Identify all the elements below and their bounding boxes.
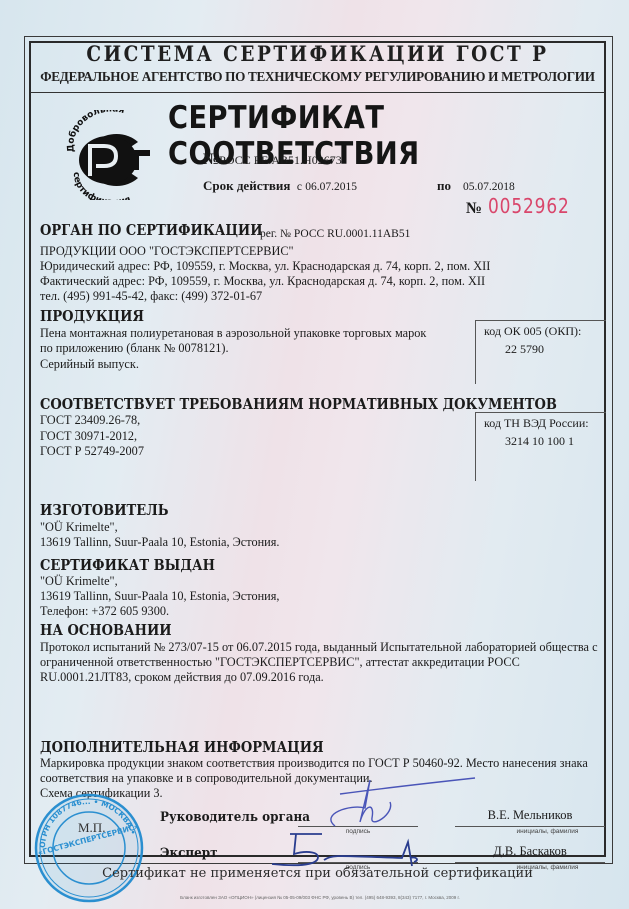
issued-to-heading: СЕРТИФИКАТ ВЫДАН xyxy=(40,557,215,574)
head-name-line xyxy=(455,826,605,827)
okp-code-label: код ОК 005 (ОКП): xyxy=(484,324,606,339)
rst-voluntary-certification-logo-icon: Добровольная сертификация xyxy=(60,110,165,200)
tnved-code-label: код ТН ВЭД России: xyxy=(484,416,606,431)
expert-name-line xyxy=(455,862,605,863)
head-name: В.Е. Мельников xyxy=(455,808,605,823)
okp-code-value: 22 5790 xyxy=(505,342,606,357)
system-title: СИСТЕМА СЕРТИФИКАЦИИ ГОСТ Р xyxy=(30,42,605,66)
stamp-place-label: М.П. xyxy=(78,820,105,836)
manufacturer-line: 13619 Tallinn, Suur-Paala 10, Estonia, Э… xyxy=(40,535,280,550)
validity-from: Срок действия с 06.07.2015 xyxy=(203,178,357,194)
issued-to-line: 13619 Tallinn, Suur-Paala 10, Estonia, Э… xyxy=(40,589,280,604)
blank-serial-number: № 0052962 xyxy=(466,194,584,218)
head-signature-icon xyxy=(310,774,480,834)
header-divider xyxy=(30,92,605,93)
expert-signature-label: Эксперт xyxy=(160,846,218,861)
additional-info-heading: ДОПОЛНИТЕЛЬНАЯ ИНФОРМАЦИЯ xyxy=(40,739,324,756)
basis-heading: НА ОСНОВАНИИ xyxy=(40,622,172,639)
round-seal-stamp-icon: ОГРН 1087746... • МОСКВА • «ГОСТЭКСПЕРТС… xyxy=(33,792,145,904)
certification-body-line: ПРОДУКЦИИ ООО "ГОСТЭКСПЕРТСЕРВИС" xyxy=(40,244,294,259)
blank-printer-footer: Бланк изготовлен ЗАО «ОПЦИОН» (лицензия … xyxy=(120,895,520,900)
voluntary-notice: Сертификат не применяется при обязательн… xyxy=(30,866,605,881)
compliance-standard: ГОСТ Р 52749-2007 xyxy=(40,444,144,459)
product-line: Пена монтажная полиуретановая в аэрозоль… xyxy=(40,326,426,341)
basis-line: Протокол испытаний № 273/07-15 от 06.07.… xyxy=(40,640,598,655)
agency-name: ФЕДЕРАЛЬНОЕ АГЕНТСТВО ПО ТЕХНИЧЕСКОМУ РЕ… xyxy=(30,69,605,85)
compliance-heading: СООТВЕТСТВУЕТ ТРЕБОВАНИЯМ НОРМАТИВНЫХ ДО… xyxy=(40,396,557,413)
compliance-standard: ГОСТ 23409.26-78, xyxy=(40,413,140,428)
expert-name: Д.В. Баскаков xyxy=(455,844,605,859)
compliance-standard: ГОСТ 30971-2012, xyxy=(40,429,137,444)
basis-line: RU.0001.21ЛТ83, сроком действия до 07.09… xyxy=(40,670,324,685)
additional-info-line: Маркировка продукции знаком соответствия… xyxy=(40,756,588,771)
certification-body-line: Юридический адрес: РФ, 109559, г. Москва… xyxy=(40,259,490,274)
certification-body-line: Фактический адрес: РФ, 109559, г. Москва… xyxy=(40,274,485,289)
validity-to-label: по xyxy=(437,178,451,193)
tnved-code-box: код ТН ВЭД России: 3214 10 100 1 xyxy=(475,412,606,481)
issued-to-line: Телефон: +372 605 9300. xyxy=(40,604,169,619)
okp-code-box: код ОК 005 (ОКП): 22 5790 xyxy=(475,320,606,384)
serial-value: 0052962 xyxy=(488,194,570,218)
validity-label: Срок действия xyxy=(203,178,290,193)
issued-to-line: "OÜ Krimelte", xyxy=(40,574,118,589)
head-name-caption: инициалы, фамилия xyxy=(490,828,605,835)
certification-body-reg-number: рег. № РОСС RU.0001.11AB51 xyxy=(260,227,410,242)
certificate-number-value: РОСС EE.AB51.H02673 xyxy=(219,153,342,167)
head-signature-label: Руководитель органа xyxy=(160,810,310,825)
valid-from-prefix: с xyxy=(297,181,302,193)
basis-line: ограниченной ответственностью "ГОСТЭКСПЕ… xyxy=(40,655,520,670)
serial-symbol: № xyxy=(466,200,482,217)
product-heading: ПРОДУКЦИЯ xyxy=(40,308,144,325)
certificate-number: №РОСС EE.AB51.H02673 xyxy=(203,151,342,169)
certification-body-heading: ОРГАН ПО СЕРТИФИКАЦИИ xyxy=(40,222,263,239)
certification-body-line: тел. (495) 991-45-42, факс: (499) 372-01… xyxy=(40,289,262,304)
tnved-code-value: 3214 10 100 1 xyxy=(505,434,606,449)
manufacturer-line: "OÜ Krimelte", xyxy=(40,520,118,535)
product-line: Серийный выпуск. xyxy=(40,357,139,372)
product-line: по приложению (бланк № 0078121). xyxy=(40,341,229,356)
valid-to-date: 05.07.2018 xyxy=(463,181,515,193)
validity-to: по05.07.2018 xyxy=(437,178,515,194)
manufacturer-heading: ИЗГОТОВИТЕЛЬ xyxy=(40,502,169,519)
number-symbol: № xyxy=(203,151,219,168)
valid-from-date: 06.07.2015 xyxy=(305,181,357,193)
